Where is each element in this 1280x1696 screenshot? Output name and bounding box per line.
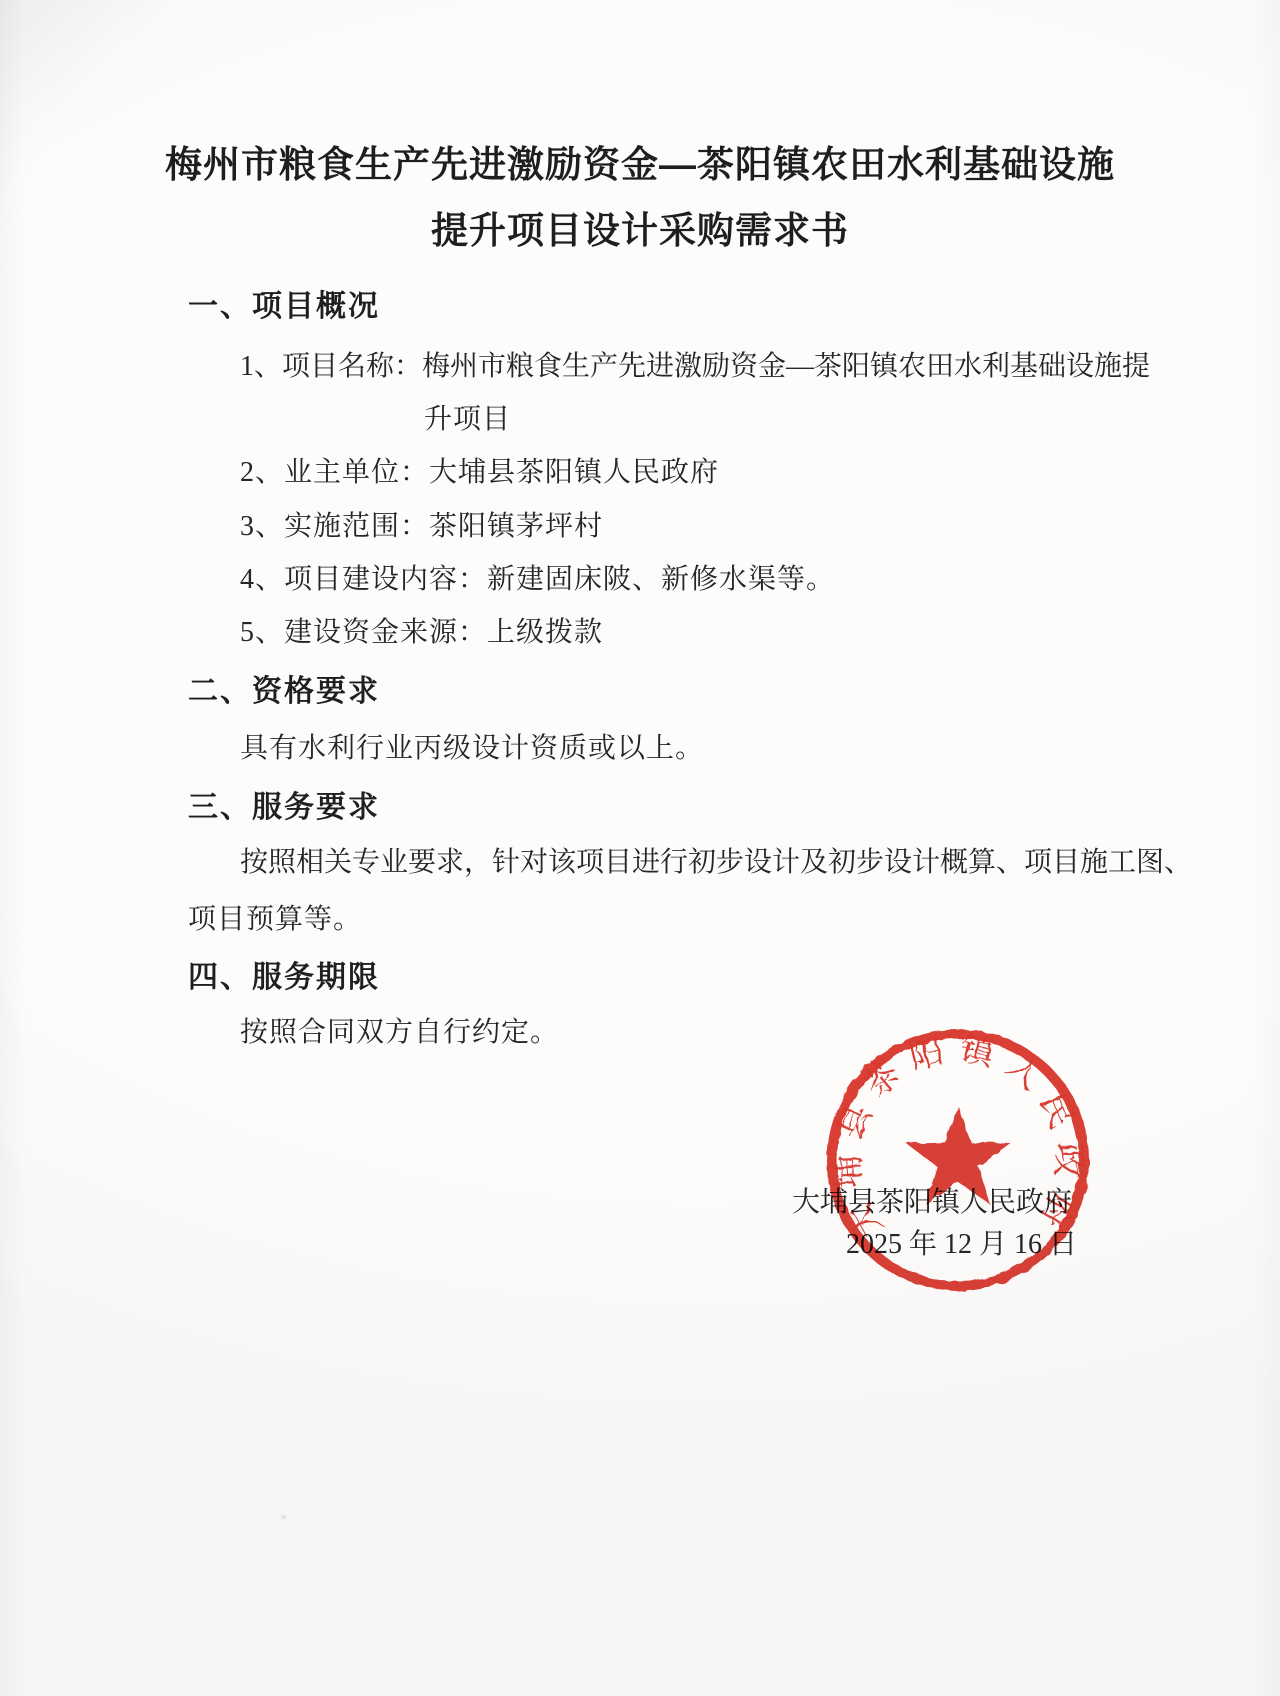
section-heading-service-period: 四、服务期限 — [188, 963, 380, 993]
scan-speck — [281, 1515, 286, 1519]
section-heading-project-overview: 一、项目概况 — [188, 292, 380, 322]
document-title-line2: 提升项目设计采购需求书 — [0, 212, 1280, 249]
paragraph-service-line2: 项目预算等。 — [188, 906, 362, 934]
seal-star-icon — [906, 1106, 1011, 1205]
list-item-scope: 3、实施范围：茶阳镇茅坪村 — [240, 513, 603, 541]
section-heading-qualification: 二、资格要求 — [188, 677, 380, 707]
seal-svg: 大埔县茶阳镇人民政府 — [813, 1015, 1103, 1305]
list-item-project-name: 1、项目名称：梅州市粮食生产先进激励资金—茶阳镇农田水利基础设施提 — [240, 353, 1150, 381]
official-seal-stamp: 大埔县茶阳镇人民政府 — [813, 1015, 1103, 1305]
paragraph-service-period: 按照合同双方自行约定。 — [240, 1019, 559, 1047]
list-item-project-name-cont: 升项目 — [424, 406, 511, 434]
paragraph-qualification: 具有水利行业丙级设计资质或以上。 — [240, 735, 704, 763]
paragraph-service-line1: 按照相关专业要求，针对该项目进行初步设计及初步设计概算、项目施工图、 — [240, 849, 1192, 877]
list-item-owner-unit: 2、业主单位：大埔县茶阳镇人民政府 — [240, 459, 719, 487]
list-item-funding-source: 5、建设资金来源：上级拨款 — [240, 619, 603, 647]
scanned-document-page: { "doc": { "title_line1": "梅州市粮食生产先进激励资金… — [0, 0, 1280, 1696]
list-item-construction-content: 4、项目建设内容：新建固床陂、新修水渠等。 — [240, 566, 835, 594]
section-heading-service-requirements: 三、服务要求 — [188, 793, 380, 823]
document-title-line1: 梅州市粮食生产先进激励资金—茶阳镇农田水利基础设施 — [0, 146, 1280, 183]
